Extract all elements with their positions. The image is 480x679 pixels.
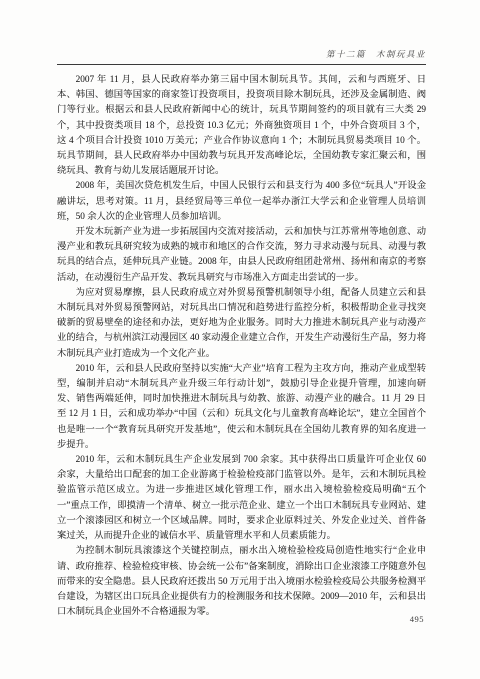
running-header-chapter-title: 第十二篇 木制玩具业 — [57, 48, 426, 64]
paragraph: 2008 年，美国次贷危机发生后，中国人民银行云和县支行为 400 多位“玩具人… — [57, 179, 426, 225]
paragraph: 2010 年，云和县人民政府坚持以实施“大产业”培育工程为主攻方向，推动产业成型… — [57, 362, 426, 453]
paragraph: 为应对贸易摩擦，县人民政府成立对外贸易预警机制领导小组，配备人员建立云和县木制玩… — [57, 286, 426, 362]
paragraph: 2010 年，云和木制玩具生产企业发展到 700 余家。其中获得出口质量许可企业… — [57, 453, 426, 544]
paragraph: 2007 年 11 月，县人民政府举办第三届中国木制玩具节。其间，云和与西班牙、… — [57, 73, 426, 179]
document-body: 2007 年 11 月，县人民政府举办第三届中国木制玩具节。其间，云和与西班牙、… — [57, 73, 426, 620]
paragraph: 为控制木制玩具滚漆这个关键控制点，丽水出入境检验检疫局创造性地实行“企业申请、政… — [57, 544, 426, 620]
paragraph: 开发木玩新产业为进一步拓展国内交流对接活动，云和加快与江苏常州等地创意、动漫产业… — [57, 225, 426, 286]
page-number: 495 — [410, 614, 424, 624]
header-rule — [57, 64, 426, 65]
document-page: 第十二篇 木制玩具业 2007 年 11 月，县人民政府举办第三届中国木制玩具节… — [0, 0, 480, 679]
